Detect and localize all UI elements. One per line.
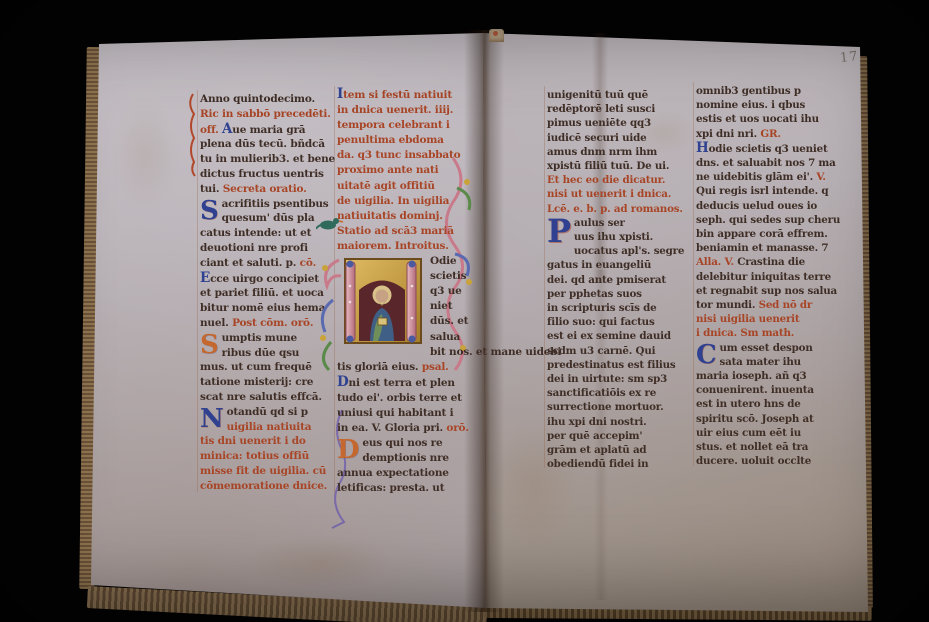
- text-segment: dictus fructus uentris: [200, 168, 324, 180]
- text-segment: ihu xpi dni nostri.: [547, 416, 647, 428]
- text-segment: cō.: [300, 257, 316, 269]
- text-segment: psal.: [422, 361, 449, 373]
- text-segment: beniamin et manasse. 7: [696, 242, 828, 254]
- manuscript-line: natiuitatis dominj.: [337, 209, 481, 224]
- text-segment: tem si festū natiuit: [343, 89, 452, 101]
- manuscript-line: redēptorē leti susci: [547, 102, 693, 116]
- manuscript-line: Et hec eo die dicatur.: [547, 173, 693, 187]
- decorated-initial: C: [696, 342, 717, 369]
- manuscript-line: seph. qui sedes sup cheru: [696, 213, 850, 227]
- text-segment: deducis uelud oues io: [696, 200, 817, 212]
- text-segment: uocatus apl's. segre: [574, 245, 684, 257]
- text-segment: predestinatus est filius: [547, 359, 676, 371]
- manuscript-line: Ecce uirgo concipiet: [200, 271, 338, 287]
- text-segment: Anno quintodecimo.: [200, 93, 315, 105]
- manuscript-line: ribus dūe qsu: [200, 346, 338, 361]
- manuscript-line: ne uidebitis glām ei'. V.: [696, 170, 850, 184]
- text-segment: misse fit de uigilia. cū: [200, 465, 326, 477]
- ruling-line: [197, 90, 198, 492]
- text-segment: deuotioni nre profi: [200, 242, 308, 254]
- manuscript-line: sanctificatiōis ex re: [547, 386, 693, 400]
- manuscript-line: penultima ebdoma: [337, 133, 481, 148]
- manuscript-line: scat nre salutis effcā.: [200, 390, 338, 405]
- decorated-initial: A: [222, 121, 232, 137]
- manuscript-line: tu in mulierib3. et bene: [200, 152, 338, 167]
- text-segment: dūs. et: [430, 315, 468, 327]
- text-segment: est in utero hns de: [696, 398, 801, 410]
- manuscript-line: annua expectatione: [337, 466, 481, 481]
- manuscript-line: uir eius cum eēt iu: [696, 426, 850, 440]
- text-segment: unigenitū tuū quē: [547, 89, 648, 101]
- text-segment: Crastina die: [737, 256, 805, 268]
- manuscript-line: delebitur iniquitas terre: [696, 270, 850, 284]
- text-segment: spiritu scō. Joseph at: [696, 413, 814, 425]
- text-segment: GR.: [760, 128, 780, 140]
- manuscript-line: proximo ante nati: [337, 163, 481, 178]
- text-segment: tor mundi.: [696, 299, 759, 311]
- manuscript-line: mus. ut cum frequē: [200, 360, 338, 375]
- text-segment: Ric in sabbō precedēti.: [200, 108, 331, 120]
- manuscript-line: scdm u3 carnē. Qui: [547, 344, 693, 358]
- manuscript-line: da. q3 tunc insabbato: [337, 148, 481, 163]
- text-segment: in scripturis scīs de: [547, 302, 656, 314]
- text-segment: mus. ut cum frequē: [200, 361, 312, 373]
- manuscript-line: nisi ut uenerit i dnica.: [547, 187, 693, 201]
- manuscript-line: i dnica. Sm math.: [696, 326, 850, 340]
- manuscript-line: in dnica uenerit. iiij.: [337, 103, 481, 118]
- text-segment: catus intende: ut et: [200, 227, 311, 239]
- manuscript-line: in scripturis scīs de: [547, 301, 693, 315]
- manuscript-line: minica: totius offiū: [200, 449, 338, 464]
- manuscript-line: cōmemoratione dnice.: [200, 479, 338, 494]
- text-segment: dei in uirtute: sm sp3: [547, 373, 667, 385]
- text-segment: in ea. V. Gloria pri.: [337, 422, 446, 434]
- manuscript-line: uitatē agit offitiū: [337, 179, 481, 194]
- manuscript-line: tempora celebrant i: [337, 118, 481, 133]
- text-segment: da. q3 tunc insabbato: [337, 149, 460, 161]
- text-segment: cce uirgo concipiet: [210, 273, 319, 285]
- text-segment: minica: totius offiū: [200, 450, 309, 462]
- manuscript-line: misse fit de uigilia. cū: [200, 464, 338, 479]
- decorated-initial: H: [696, 140, 709, 156]
- manuscript-line: nisi uigilia uenerit: [696, 312, 850, 326]
- manuscript-line: catus intende: ut et: [200, 226, 338, 241]
- folio-number: 17: [839, 49, 859, 66]
- text-segment: Qui regis isrl intende. q: [696, 185, 828, 197]
- manuscript-line: omnib3 gentibus p: [696, 84, 850, 98]
- manuscript-line: amus dnm nrm ihm: [547, 145, 693, 159]
- text-segment: uus ihu xpisti.: [574, 231, 653, 243]
- manuscript-line: Anno quintodecimo.: [200, 92, 338, 107]
- text-segment: omnib3 gentibus p: [696, 85, 801, 97]
- manuscript-line: Lcē. e. b. p. ad romanos.: [547, 202, 693, 216]
- manuscript-line: et pariet filiū. et uoca: [200, 286, 338, 301]
- text-segment: obediendū fidei in: [547, 458, 648, 470]
- manuscript-line: dictus fructus uentris: [200, 167, 338, 182]
- manuscript-line: dns. et saluabit nos 7 ma: [696, 156, 850, 170]
- manuscript-line: Alla. V. Crastina die: [696, 255, 850, 269]
- manuscript-line: iudicē securi uide: [547, 131, 693, 145]
- manuscript-line: conuenirent. inuenta: [696, 383, 850, 397]
- decorated-initial: S: [200, 198, 219, 225]
- text-segment: uniusi qui habitant i: [337, 407, 453, 419]
- text-segment: scdm u3 carnē. Qui: [547, 345, 655, 357]
- manuscript-line: deducis uelud oues io: [696, 199, 850, 213]
- text-segment: q3 ue: [430, 285, 462, 297]
- text-segment: amus dnm nrm ihm: [547, 146, 657, 158]
- text-segment: nisi ut uenerit i dnica.: [547, 188, 671, 200]
- binding-tab: [489, 29, 504, 42]
- text-segment: niet: [430, 300, 452, 312]
- manuscript-line: Notandū qd si p: [200, 405, 338, 420]
- text-segment: ciant et saluti. p.: [200, 257, 300, 269]
- text-segment: penultima ebdoma: [337, 134, 444, 146]
- text-segment: ni est terra et plen: [349, 377, 455, 389]
- text-segment: nisi uigilia uenerit: [696, 313, 799, 325]
- text-segment: natiuitatis dominj.: [337, 210, 443, 222]
- text-segment: V.: [816, 171, 825, 183]
- text-segment: per pphetas suos: [547, 288, 642, 300]
- text-segment: Sed nō dr: [759, 299, 813, 311]
- manuscript-line: surrectione mortuor.: [547, 400, 693, 414]
- text-segment: nuel.: [200, 317, 232, 329]
- manuscript-line: predestinatus est filius: [547, 358, 693, 372]
- manuscript-line: tor mundi. Sed nō dr: [696, 298, 850, 312]
- manuscript-line: Sumptis mune: [200, 331, 338, 346]
- text-segment: aulus ser: [574, 217, 625, 229]
- manuscript-line: tatione misterij: cre: [200, 375, 338, 390]
- text-segment: otandū qd si p: [227, 406, 308, 418]
- manuscript-line: estis et uos uocati ihu: [696, 112, 850, 126]
- manuscript-line: dei. qd ante pmiserat: [547, 273, 693, 287]
- text-segment: Odie: [430, 255, 456, 267]
- text-column-right-2: omnib3 gentibus pnomine eius. i qbusesti…: [696, 84, 850, 468]
- manuscript-line: Deus qui nos re: [337, 436, 481, 451]
- manuscript-line: nuel. Post cōm. orō.: [200, 316, 338, 331]
- manuscript-line: Qui regis isrl intende. q: [696, 184, 850, 198]
- text-segment: uitatē agit offitiū: [337, 180, 435, 192]
- manuscript-line: ducere. uoluit occlte: [696, 454, 850, 468]
- text-segment: filio suo: qui factus: [547, 316, 655, 328]
- text-segment: tatione misterij: cre: [200, 376, 313, 388]
- text-column-left-2: Item si festū natiuitin dnica uenerit. i…: [337, 87, 481, 497]
- text-segment: uir eius cum eēt iu: [696, 427, 801, 439]
- manuscript-line: deuotioni nre profi: [200, 241, 338, 256]
- text-segment: Et hec eo die dicatur.: [547, 174, 665, 186]
- manuscript-line: spiritu scō. Joseph at: [696, 412, 850, 426]
- text-segment: scat nre salutis effcā.: [200, 391, 322, 403]
- manuscript-line: maria ioseph. añ q3: [696, 369, 850, 383]
- manuscript-line: per pphetas suos: [547, 287, 693, 301]
- manuscript-line: uniusi qui habitant i: [337, 406, 481, 421]
- text-segment: grām et aplatū ad: [547, 444, 646, 456]
- text-segment: de uigilia. In uigilia: [337, 195, 449, 207]
- manuscript-line: Paulus ser: [547, 216, 693, 230]
- manuscript-line: sata mater ihu: [696, 355, 850, 369]
- manuscript-line: ciant et saluti. p. cō.: [200, 256, 338, 271]
- manuscript-line: maiorem. Introitus.: [337, 239, 481, 254]
- manuscript-line: unigenitū tuū quē: [547, 88, 693, 102]
- text-column-right-1: unigenitū tuū quēredēptorē leti suscipim…: [547, 88, 693, 471]
- manuscript-line: bitur nomē eius hema: [200, 301, 338, 316]
- manuscript-line: bit nos. et mane uidebi: [337, 345, 481, 360]
- manuscript-line: ihu xpi dni nostri.: [547, 415, 693, 429]
- text-segment: in dnica uenerit. iiij.: [337, 104, 453, 116]
- manuscript-line: quesum' dūs pla: [200, 211, 338, 226]
- text-segment: estis et uos uocati ihu: [696, 113, 819, 125]
- text-segment: bitur nomē eius hema: [200, 302, 325, 314]
- text-segment: bin appare corā effrem.: [696, 228, 828, 240]
- text-segment: dns. et saluabit nos 7 ma: [696, 157, 836, 169]
- text-segment: ducere. uoluit occlte: [696, 455, 811, 467]
- text-segment: tui.: [200, 183, 223, 195]
- decorated-initial: D: [337, 437, 359, 464]
- text-segment: tis dni uenerit i do: [200, 435, 306, 447]
- text-segment: orō.: [446, 422, 468, 434]
- manuscript-line: Hodie scietis q3 ueniet: [696, 141, 850, 156]
- text-segment: um esset despon: [720, 342, 813, 354]
- text-segment: acrifitiis psentibus: [222, 198, 329, 210]
- text-segment: et regnabit sup nos salua: [696, 285, 837, 297]
- manuscript-line: plena dūs tecū. bñdcā: [200, 137, 338, 152]
- manuscript-line: pimus ueniēte qq3: [547, 116, 693, 130]
- manuscript-line: xpistū filiū tuū. De ui.: [547, 159, 693, 173]
- text-segment: gatus in euangeliū: [547, 259, 651, 271]
- text-segment: quesum' dūs pla: [222, 212, 315, 224]
- text-segment: stus. et nollet eā tra: [696, 441, 808, 453]
- text-segment: tis gloriā eius.: [337, 361, 422, 373]
- manuscript-line: stus. et nollet eā tra: [696, 440, 850, 454]
- text-segment: sata mater ihu: [720, 356, 801, 368]
- ruling-line: [544, 86, 545, 468]
- manuscript-line: tis gloriā eius. psal.: [337, 360, 481, 375]
- text-segment: xpi dni nri.: [696, 128, 760, 140]
- manuscript-line: et regnabit sup nos salua: [696, 284, 850, 298]
- text-segment: xpistū filiū tuū. De ui.: [547, 160, 669, 172]
- text-segment: plena dūs tecū. bñdcā: [200, 138, 325, 150]
- text-segment: Alla. V.: [696, 256, 737, 268]
- text-segment: i dnica. Sm math.: [696, 327, 794, 339]
- ruling-line: [693, 82, 694, 466]
- text-segment: redēptorē leti susci: [547, 103, 655, 115]
- decorated-initial: N: [200, 406, 224, 433]
- text-segment: ue maria grā: [232, 124, 305, 136]
- decorated-initial: P: [547, 217, 571, 246]
- text-segment: uigilia natiuita: [227, 421, 312, 433]
- decorated-initial: E: [200, 270, 210, 286]
- text-segment: Lcē. e. b. p. ad romanos.: [547, 203, 683, 215]
- manuscript-line: xpi dni nri. GR.: [696, 127, 850, 141]
- text-segment: conuenirent. inuenta: [696, 384, 814, 396]
- text-column-left-1: Anno quintodecimo.Ric in sabbō precedēti…: [200, 92, 338, 494]
- text-segment: tudo ei'. orbis terre et: [337, 392, 462, 404]
- illuminated-initial-H: [337, 256, 425, 346]
- text-segment: off.: [200, 124, 222, 136]
- manuscript-line: Item si festū natiuit: [337, 87, 481, 103]
- manuscript-line: grām et aplatū ad: [547, 443, 693, 457]
- manuscript-photo: Anno quintodecimo.Ric in sabbō precedēti…: [0, 0, 929, 622]
- text-segment: Secreta oratio.: [223, 183, 307, 195]
- text-segment: eus qui nos re: [362, 437, 442, 449]
- text-segment: Statio ad scā3 mariā: [337, 225, 454, 237]
- text-segment: surrectione mortuor.: [547, 401, 663, 413]
- manuscript-line: tis dni uenerit i do: [200, 434, 338, 449]
- manuscript-line: est ei ex semine dauid: [547, 329, 693, 343]
- text-segment: ribus dūe qsu: [222, 347, 300, 359]
- manuscript-line: est in utero hns de: [696, 397, 850, 411]
- manuscript-line: dei in uirtute: sm sp3: [547, 372, 693, 386]
- text-segment: est ei ex semine dauid: [547, 330, 671, 342]
- manuscript-line: Cum esset despon: [696, 341, 850, 355]
- decorated-initial: S: [200, 332, 219, 359]
- text-segment: proximo ante nati: [337, 164, 438, 176]
- text-segment: per quē accepim': [547, 430, 642, 442]
- text-segment: maria ioseph. añ q3: [696, 370, 806, 382]
- text-segment: bit nos. et mane uidebi: [430, 346, 561, 358]
- text-segment: nomine eius. i qbus: [696, 99, 805, 111]
- text-segment: pimus ueniēte qq3: [547, 117, 651, 129]
- manuscript-line: nomine eius. i qbus: [696, 98, 850, 112]
- text-segment: Post cōm. orō.: [232, 317, 313, 329]
- text-segment: seph. qui sedes sup cheru: [696, 214, 840, 226]
- text-segment: tu in mulierib3. et bene: [200, 153, 335, 165]
- text-segment: maiorem. Introitus.: [337, 240, 449, 252]
- text-segment: iudicē securi uide: [547, 132, 647, 144]
- manuscript-line: bin appare corā effrem.: [696, 227, 850, 241]
- text-segment: sanctificatiōis ex re: [547, 387, 656, 399]
- text-segment: cōmemoratione dnice.: [200, 480, 327, 492]
- text-segment: scietis: [430, 270, 466, 282]
- manuscript-line: obediendū fidei in: [547, 457, 693, 471]
- manuscript-line: filio suo: qui factus: [547, 315, 693, 329]
- text-segment: demptionis nre: [362, 452, 449, 464]
- manuscript-line: beniamin et manasse. 7: [696, 241, 850, 255]
- manuscript-line: per quē accepim': [547, 429, 693, 443]
- manuscript-line: tudo ei'. orbis terre et: [337, 391, 481, 406]
- text-segment: delebitur iniquitas terre: [696, 271, 831, 283]
- decorated-initial: D: [337, 374, 349, 390]
- manuscript-line: Sacrifitiis psentibus: [200, 197, 338, 212]
- manuscript-line: in ea. V. Gloria pri. orō.: [337, 421, 481, 436]
- text-segment: tempora celebrant i: [337, 119, 450, 131]
- text-segment: et pariet filiū. et uoca: [200, 287, 324, 299]
- text-segment: dei. qd ante pmiserat: [547, 274, 666, 286]
- text-segment: odie scietis q3 ueniet: [709, 143, 828, 155]
- manuscript-line: Ric in sabbō precedēti.: [200, 107, 338, 122]
- text-segment: umptis mune: [222, 332, 297, 344]
- manuscript-line: Dni est terra et plen: [337, 375, 481, 391]
- manuscript-line: Statio ad scā3 mariā: [337, 224, 481, 239]
- manuscript-line: letificas: presta. ut: [337, 481, 481, 496]
- manuscript-line: de uigilia. In uigilia: [337, 194, 481, 209]
- prophet-miniature: [337, 256, 425, 346]
- manuscript-line: gatus in euangeliū: [547, 258, 693, 272]
- text-segment: salua: [430, 331, 460, 343]
- text-segment: annua expectatione: [337, 467, 449, 479]
- text-segment: ne uidebitis glām ei'.: [696, 171, 816, 183]
- manuscript-line: tui. Secreta oratio.: [200, 182, 338, 197]
- text-segment: letificas: presta. ut: [337, 482, 444, 494]
- manuscript-line: off. Aue maria grā: [200, 122, 338, 138]
